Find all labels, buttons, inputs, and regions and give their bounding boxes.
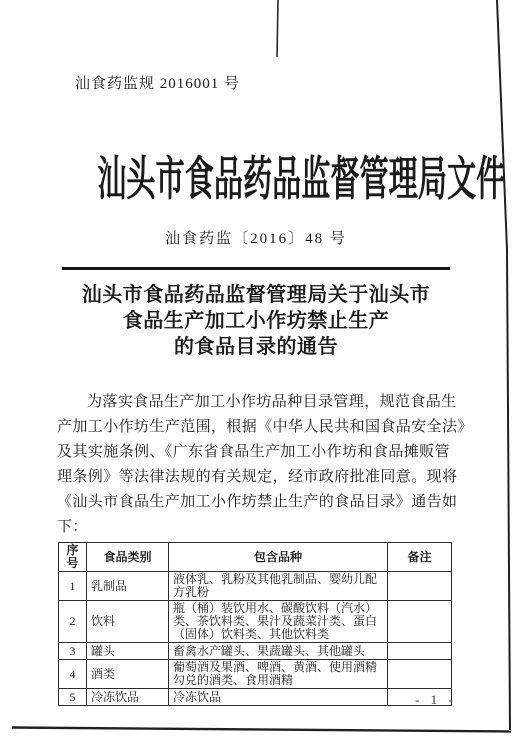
scan-line-bottom-edge: [12, 728, 511, 732]
agency-title: 汕头市食品药品监督管理局文件: [97, 142, 414, 209]
doc-reg-number: 汕食药监规 2016001 号: [75, 72, 240, 93]
header-divider-rule: [62, 267, 450, 270]
cell-index: 3: [59, 643, 87, 660]
body-line-1: 为落实食品生产加工小作坊品种目录管理，规范食品生: [57, 390, 457, 415]
body-line-2: 产加工小作坊生产范围，根据《中华人民共和国食品安全法》: [57, 415, 457, 440]
table-row: 2 饮料 瓶（桶）装饮用水、碳酸饮料（汽水）类、茶饮料类、果汁及蔬菜汁类、蛋白（…: [59, 601, 452, 643]
body-line-3: 及其实施条例、《广东省食品生产加工小作坊和食品摊贩管: [57, 440, 457, 465]
col-header-varieties: 包含品种: [169, 543, 388, 572]
col-header-note: 备注: [388, 543, 452, 572]
cell-category: 乳制品: [87, 572, 169, 601]
body-paragraph: 为落实食品生产加工小作坊品种目录管理，规范食品生 产加工小作坊生产范围，根据《中…: [57, 390, 457, 540]
table-row: 5 冷冻饮品 冷冻饮品: [59, 689, 452, 706]
table-row: 3 罐头 畜禽水产罐头、果蔬罐头、其他罐头: [59, 643, 452, 660]
body-line-4: 理条例》等法律法规的有关规定，经市政府批准同意。现将: [57, 465, 457, 490]
col-header-index: 序号: [59, 543, 87, 572]
cell-note: [388, 660, 452, 689]
cell-note: [388, 601, 452, 643]
body-line-5: 《汕头市食品生产加工小作坊禁止生产的食品目录》通告如: [57, 490, 457, 515]
scan-line-right-edge: [497, 0, 510, 730]
cell-index: 4: [59, 660, 87, 689]
cell-category: 饮料: [87, 601, 169, 643]
notice-title-line-3: 的食品目录的通告: [0, 334, 512, 360]
cell-varieties: 液体乳、乳粉及其他乳制品、婴幼儿配方乳粉: [169, 572, 388, 601]
page-number: - 1 -: [415, 692, 457, 708]
notice-title: 汕头市食品药品监督管理局关于汕头市 食品生产加工小作坊禁止生产 的食品目录的通告: [0, 282, 512, 360]
cell-varieties: 畜禽水产罐头、果蔬罐头、其他罐头: [169, 643, 388, 660]
notice-title-line-1: 汕头市食品药品监督管理局关于汕头市: [0, 282, 512, 308]
cell-category: 罐头: [87, 643, 169, 660]
doc-issue-number: 汕食药监〔2016〕48 号: [0, 227, 512, 248]
cell-index: 2: [59, 601, 87, 643]
cell-category: 冷冻饮品: [87, 689, 169, 706]
cell-note: [388, 572, 452, 601]
cell-index: 1: [59, 572, 87, 601]
col-header-category: 食品类别: [87, 543, 169, 572]
prohibited-foods-table: 序号 食品类别 包含品种 备注 1 乳制品 液体乳、乳粉及其他乳制品、婴幼儿配方…: [58, 542, 452, 706]
scan-line-top-center: [277, 0, 278, 57]
table-row: 1 乳制品 液体乳、乳粉及其他乳制品、婴幼儿配方乳粉: [59, 572, 452, 601]
table-row: 4 酒类 葡萄酒及果酒、啤酒、黄酒、使用酒精勾兑的酒类、食用酒精: [59, 660, 452, 689]
cell-varieties: 冷冻饮品: [169, 689, 388, 706]
cell-index: 5: [59, 689, 87, 706]
document-page: 汕食药监规 2016001 号 汕头市食品药品监督管理局文件 汕食药监〔2016…: [0, 0, 512, 738]
cell-varieties: 瓶（桶）装饮用水、碳酸饮料（汽水）类、茶饮料类、果汁及蔬菜汁类、蛋白（固体）饮料…: [169, 601, 388, 643]
table-header-row: 序号 食品类别 包含品种 备注: [59, 543, 452, 572]
body-line-6: 下：: [57, 515, 457, 540]
cell-category: 酒类: [87, 660, 169, 689]
cell-varieties: 葡萄酒及果酒、啤酒、黄酒、使用酒精勾兑的酒类、食用酒精: [169, 660, 388, 689]
notice-title-line-2: 食品生产加工小作坊禁止生产: [0, 308, 512, 334]
cell-note: [388, 643, 452, 660]
